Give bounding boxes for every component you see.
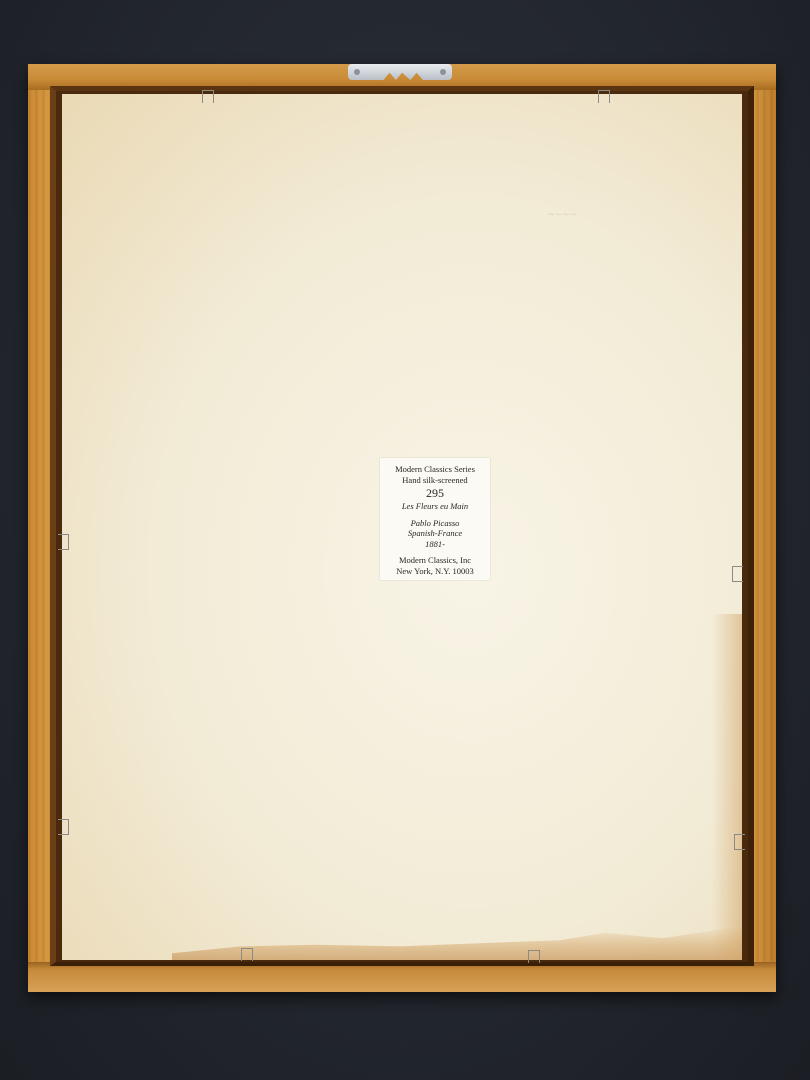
label-address: New York, N.Y. 10003	[380, 566, 490, 577]
clip-icon	[598, 90, 610, 103]
clip-icon	[734, 834, 745, 850]
label-years: 1881-	[380, 539, 490, 550]
clip-icon	[58, 819, 69, 835]
water-stain-right	[712, 614, 742, 960]
water-stain-bottom	[172, 926, 742, 960]
clip-icon	[202, 90, 214, 103]
picture-frame: ~~~~ Modern Classics Series Hand silk-sc…	[28, 64, 776, 992]
frame-bottom-rail	[28, 962, 776, 992]
clip-icon	[241, 948, 253, 961]
clip-icon	[528, 950, 540, 963]
label-artist: Pablo Picasso	[380, 518, 490, 529]
label-publisher: Modern Classics, Inc	[380, 555, 490, 566]
label-title: Les Fleurs eu Main	[380, 501, 490, 512]
nail-icon	[354, 69, 360, 75]
faint-marking: ~~~~	[548, 209, 578, 221]
print-label: Modern Classics Series Hand silk-screene…	[380, 458, 490, 580]
label-series: Modern Classics Series	[380, 464, 490, 475]
label-technique: Hand silk-screened	[380, 475, 490, 486]
clip-icon	[58, 534, 69, 550]
paper-backing: ~~~~ Modern Classics Series Hand silk-sc…	[62, 94, 742, 960]
nail-icon	[440, 69, 446, 75]
clip-icon	[732, 566, 743, 582]
label-number: 295	[380, 486, 490, 500]
label-nationality: Spanish-France	[380, 528, 490, 539]
